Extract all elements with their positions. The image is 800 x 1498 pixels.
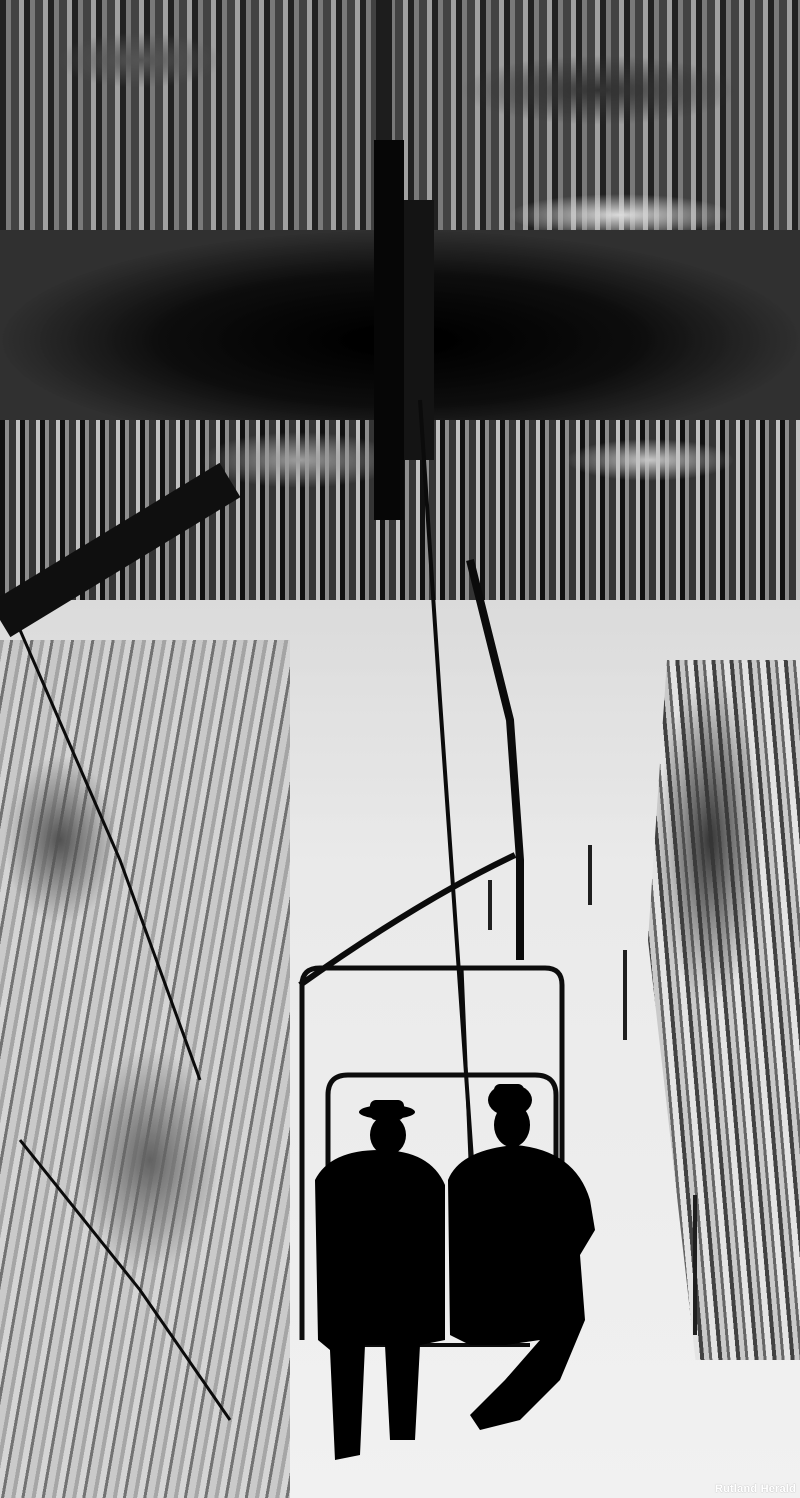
chairlift-scene: [0, 0, 800, 1498]
newspaper-photo: Rutland Herald: [0, 0, 800, 1498]
photo-credit: Rutland Herald: [715, 1483, 796, 1495]
lift-tower: [374, 0, 434, 520]
rider-left: [315, 1100, 445, 1460]
